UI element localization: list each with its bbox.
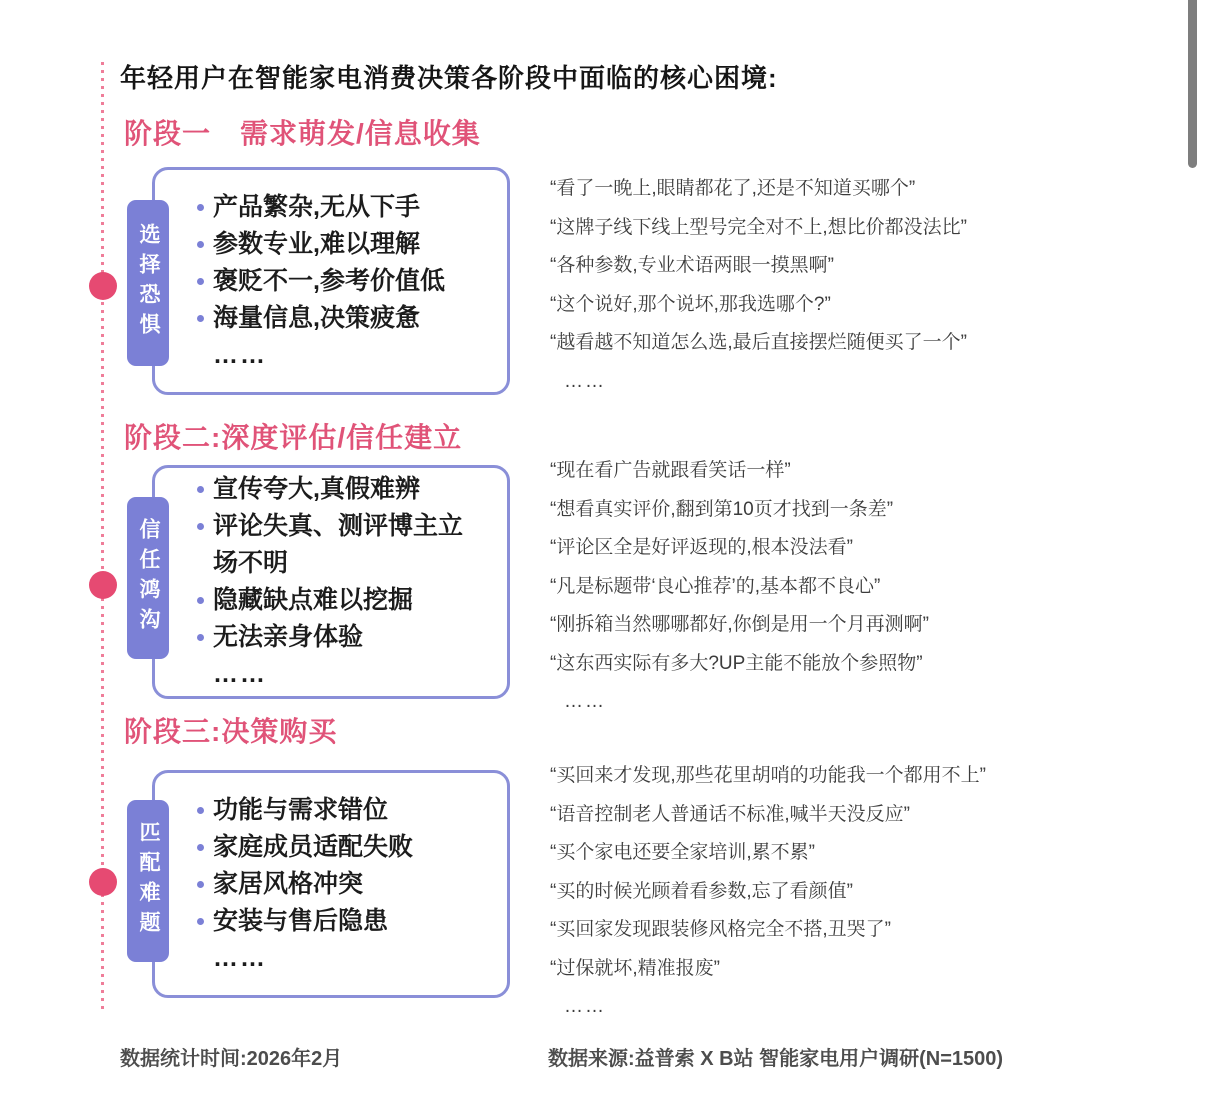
quote-line: “现在看广告就跟看笑话一样” [550, 452, 1200, 491]
pain-ellipsis: …… [197, 940, 481, 977]
pain-text: 无法亲身体验 [213, 619, 363, 656]
quote-line: “买的时候光顾着看参数,忘了看颜值” [550, 873, 1200, 912]
pain-item: 宣传夸大,真假难辨 [197, 471, 481, 508]
quote-line: “看了一晚上,眼睛都花了,还是不知道买哪个” [550, 170, 1200, 209]
quote-line: “越看越不知道怎么选,最后直接摆烂随便买了一个” [550, 324, 1200, 363]
pain-item: 无法亲身体验 [197, 619, 481, 656]
bullet-dot-icon [197, 918, 204, 925]
timeline-dot-stage-3 [89, 868, 117, 896]
quote-line: “这东西实际有多大?UP主能不能放个参照物” [550, 645, 1200, 684]
stage-3-heading: 阶段三:决策购买 [124, 710, 337, 750]
bullet-dot-icon [197, 881, 204, 888]
stage-2-heading: 阶段二:深度评估/信任建立 [124, 416, 462, 456]
stage-2-pain-box: 宣传夸大,真假难辨 评论失真、测评博主立场不明 隐藏缺点难以挖掘 无法亲身体验 … [152, 465, 510, 699]
pain-text: …… [213, 656, 267, 693]
pain-item: 隐藏缺点难以挖掘 [197, 582, 481, 619]
stage-1-badge: 选择恐惧 [127, 200, 169, 366]
bullet-dot-icon [197, 486, 204, 493]
pain-item: 产品繁杂,无从下手 [197, 189, 481, 226]
quote-line: “买回家发现跟装修风格完全不搭,丑哭了” [550, 911, 1200, 950]
stage-2-quotes: “现在看广告就跟看笑话一样” “想看真实评价,翻到第10页才找到一条差” “评论… [550, 452, 1200, 722]
quote-line: “评论区全是好评返现的,根本没法看” [550, 529, 1200, 568]
infographic-canvas: 年轻用户在智能家电消费决策各阶段中面临的核心困境: 阶段一 需求萌发/信息收集 … [0, 0, 1206, 1102]
pain-ellipsis: …… [197, 337, 481, 374]
pain-text: 家居风格冲突 [213, 866, 363, 903]
timeline-dot-stage-1 [89, 272, 117, 300]
stage-1-pain-list: 产品繁杂,无从下手 参数专业,难以理解 褒贬不一,参考价值低 海量信息,决策疲惫… [155, 189, 507, 374]
quote-line: “这个说好,那个说坏,那我选哪个?” [550, 286, 1200, 325]
pain-text: 评论失真、测评博主立场不明 [213, 508, 481, 582]
pain-text: 海量信息,决策疲惫 [213, 300, 420, 337]
bullet-dot-icon [197, 241, 204, 248]
timeline-dot-stage-2 [89, 571, 117, 599]
quote-line: “凡是标题带‘良心推荐’的,基本都不良心” [550, 568, 1200, 607]
pain-item: 功能与需求错位 [197, 792, 481, 829]
bullet-dot-icon [197, 204, 204, 211]
quote-line: “过保就坏,精准报废” [550, 950, 1200, 989]
quote-line: “买个家电还要全家培训,累不累” [550, 834, 1200, 873]
bullet-dot-icon [197, 278, 204, 285]
stage-1-quotes: “看了一晚上,眼睛都花了,还是不知道买哪个” “这牌子线下线上型号完全对不上,想… [550, 170, 1200, 401]
stage-3-badge: 匹配难题 [127, 800, 169, 962]
stage-3-quotes: “买回来才发现,那些花里胡哨的功能我一个都用不上” “语音控制老人普通话不标准,… [550, 757, 1200, 1027]
pain-text: 隐藏缺点难以挖掘 [213, 582, 413, 619]
pain-item: 安装与售后隐患 [197, 903, 481, 940]
stage-3-pain-list: 功能与需求错位 家庭成员适配失败 家居风格冲突 安装与售后隐患 …… [155, 792, 507, 977]
bullet-dot-icon [197, 634, 204, 641]
quote-line: “想看真实评价,翻到第10页才找到一条差” [550, 491, 1200, 530]
pain-ellipsis: …… [197, 656, 481, 693]
footer-source: 数据来源:益普索 X B站 智能家电用户调研(N=1500) [548, 1042, 1003, 1071]
bullet-dot-icon [197, 807, 204, 814]
pain-text: 参数专业,难以理解 [213, 226, 420, 263]
quote-line: “买回来才发现,那些花里胡哨的功能我一个都用不上” [550, 757, 1200, 796]
quote-line: “刚拆箱当然哪哪都好,你倒是用一个月再测啊” [550, 606, 1200, 645]
pain-text: 褒贬不一,参考价值低 [213, 263, 445, 300]
pain-text: 产品繁杂,无从下手 [213, 189, 420, 226]
page-title: 年轻用户在智能家电消费决策各阶段中面临的核心困境: [120, 58, 778, 95]
bullet-dot-icon [197, 597, 204, 604]
pain-text: …… [213, 940, 267, 977]
quote-line: “这牌子线下线上型号完全对不上,想比价都没法比” [550, 209, 1200, 248]
pain-text: 宣传夸大,真假难辨 [213, 471, 420, 508]
pain-item: 褒贬不一,参考价值低 [197, 263, 481, 300]
footer-stat-time: 数据统计时间:2026年2月 [120, 1042, 342, 1071]
bullet-dot-icon [197, 315, 204, 322]
bullet-dot-icon [197, 523, 204, 530]
quote-line: “语音控制老人普通话不标准,喊半天没反应” [550, 796, 1200, 835]
pain-text: 功能与需求错位 [213, 792, 388, 829]
pain-text: 家庭成员适配失败 [213, 829, 413, 866]
pain-item: 家庭成员适配失败 [197, 829, 481, 866]
pain-item: 评论失真、测评博主立场不明 [197, 508, 481, 582]
stage-2-badge: 信任鸿沟 [127, 497, 169, 659]
quote-ellipsis: …… [550, 988, 1200, 1027]
stage-3-pain-box: 功能与需求错位 家庭成员适配失败 家居风格冲突 安装与售后隐患 …… [152, 770, 510, 998]
stage-1-heading: 阶段一 需求萌发/信息收集 [124, 112, 481, 152]
stage-1-pain-box: 产品繁杂,无从下手 参数专业,难以理解 褒贬不一,参考价值低 海量信息,决策疲惫… [152, 167, 510, 395]
bullet-dot-icon [197, 844, 204, 851]
stage-2-pain-list: 宣传夸大,真假难辨 评论失真、测评博主立场不明 隐藏缺点难以挖掘 无法亲身体验 … [155, 471, 507, 693]
pain-item: 海量信息,决策疲惫 [197, 300, 481, 337]
pain-text: 安装与售后隐患 [213, 903, 388, 940]
quote-ellipsis: …… [550, 683, 1200, 722]
scrollbar-thumb[interactable] [1188, 0, 1197, 168]
pain-text: …… [213, 337, 267, 374]
pain-item: 参数专业,难以理解 [197, 226, 481, 263]
quote-line: “各种参数,专业术语两眼一摸黑啊” [550, 247, 1200, 286]
pain-item: 家居风格冲突 [197, 866, 481, 903]
quote-ellipsis: …… [550, 363, 1200, 402]
